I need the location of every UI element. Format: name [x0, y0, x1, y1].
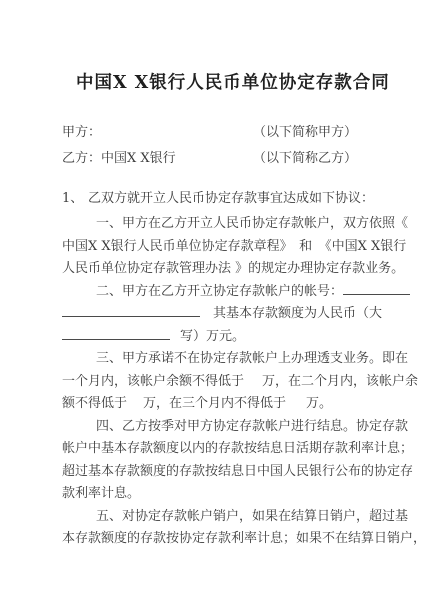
text-run: 款利率计息。: [62, 486, 140, 501]
contract-line: 三、甲方承诺不在协定存款帐户上办理透支业务。即在: [62, 348, 375, 371]
text-run: 五、对协定存款帐户销户，如果在结算日销户，超过基: [96, 509, 408, 524]
parties-section: 甲方： （以下简称甲方） 乙方：中国X X银行 （以下简称乙方）: [62, 120, 375, 172]
contract-line: 本存款额度的存款按协定存款利率计息；如果不在结算日销户，: [62, 528, 375, 551]
text-run: 万，在三个月内不得低于: [143, 396, 286, 411]
contract-title: 中国X X银行人民币单位协定存款合同: [76, 70, 375, 96]
gap-spacer: [127, 406, 143, 407]
text-run: 写）万元。: [180, 329, 245, 344]
party-alias: （以下简称乙方）: [253, 146, 357, 172]
gap-spacer: [170, 339, 180, 340]
party-alias: （以下简称甲方）: [253, 120, 357, 146]
fill-in-blank: [62, 304, 200, 317]
contract-line: 超过基本存款额度的存款按结息日中国人民银行公布的协定存: [62, 461, 375, 484]
gap-spacer: [286, 406, 306, 407]
text-run: 本存款额度的存款按协定存款利率计息；如果不在结算日销户，: [62, 531, 423, 546]
intro-line: 1、乙双方就开立人民币协定存款事宜达成如下协议：: [62, 188, 375, 210]
contract-line: 人民币单位协定存款管理办法 》的规定办理协定存款业务。: [62, 258, 375, 281]
party-name: 中国X X银行: [101, 151, 176, 166]
contract-line: 五、对协定存款帐户销户，如果在结算日销户，超过基: [62, 506, 375, 529]
contract-line: 二、甲方在乙方开立协定存款帐户的帐号：: [62, 281, 375, 304]
contract-line: 四、乙方按季对甲方协定存款帐户进行结息。协定存款: [62, 416, 375, 439]
text-run: 三、甲方承诺不在协定存款帐户上办理透支业务。即在: [96, 351, 408, 366]
text-run: 四、乙方按季对甲方协定存款帐户进行结息。协定存款: [96, 419, 408, 434]
gap-spacer: [200, 316, 213, 317]
contract-line: 中国X X银行人民币单位协定存款章程》 和 《中国X X银行: [62, 236, 375, 259]
contract-line: 一个月内，该帐户余额不得低于万，在二个月内，该帐户余: [62, 371, 375, 394]
contract-line: 额不得低于万，在三个月内不得低于万。: [62, 393, 375, 416]
intro-number: 1、: [62, 188, 88, 210]
contract-line: 款利率计息。: [62, 483, 375, 506]
text-run: 一个月内，该帐户余额不得低于: [62, 374, 244, 389]
contract-line: 一、甲方在乙方开立人民币协定存款帐户，双方依照《: [62, 213, 375, 236]
party-row-jiafang: 甲方： （以下简称甲方）: [62, 120, 375, 146]
contract-line: 帐户中基本存款额度以内的存款按结息日活期存款利率计息；: [62, 438, 375, 461]
text-run: 中国X X银行人民币单位协定存款章程》 和 《中国X X银行: [62, 239, 406, 254]
party-row-yifang: 乙方：中国X X银行 （以下简称乙方）: [62, 146, 375, 172]
text-run: 人民币单位协定存款管理办法 》的规定办理协定存款业务。: [62, 261, 404, 276]
party-label: 甲方：: [62, 125, 101, 140]
text-run: 超过基本存款额度的存款按结息日中国人民银行公布的协定存: [62, 464, 413, 479]
party-label: 乙方：: [62, 151, 101, 166]
text-run: 二、甲方在乙方开立协定存款帐户的帐号：: [96, 284, 343, 299]
text-run: 额不得低于: [62, 396, 127, 411]
text-run: 万。: [306, 396, 332, 411]
text-run: 万，在二个月内，该帐户余: [262, 374, 418, 389]
contract-body: 一、甲方在乙方开立人民币协定存款帐户，双方依照《中国X X银行人民币单位协定存款…: [62, 213, 375, 551]
fill-in-blank: [343, 282, 410, 295]
contract-line: 其基本存款额度为人民币（大: [62, 303, 375, 326]
intro-text: 乙双方就开立人民币协定存款事宜达成如下协议：: [88, 191, 374, 206]
fill-in-blank: [62, 327, 170, 340]
contract-line: 写）万元。: [62, 326, 375, 349]
document-page: 中国X X银行人民币单位协定存款合同 甲方： （以下简称甲方） 乙方：中国X X…: [0, 0, 423, 600]
text-run: 一、甲方在乙方开立人民币协定存款帐户，双方依照《: [96, 216, 408, 231]
text-run: 帐户中基本存款额度以内的存款按结息日活期存款利率计息；: [62, 441, 413, 456]
text-run: 其基本存款额度为人民币（大: [213, 306, 382, 321]
gap-spacer: [244, 384, 262, 385]
